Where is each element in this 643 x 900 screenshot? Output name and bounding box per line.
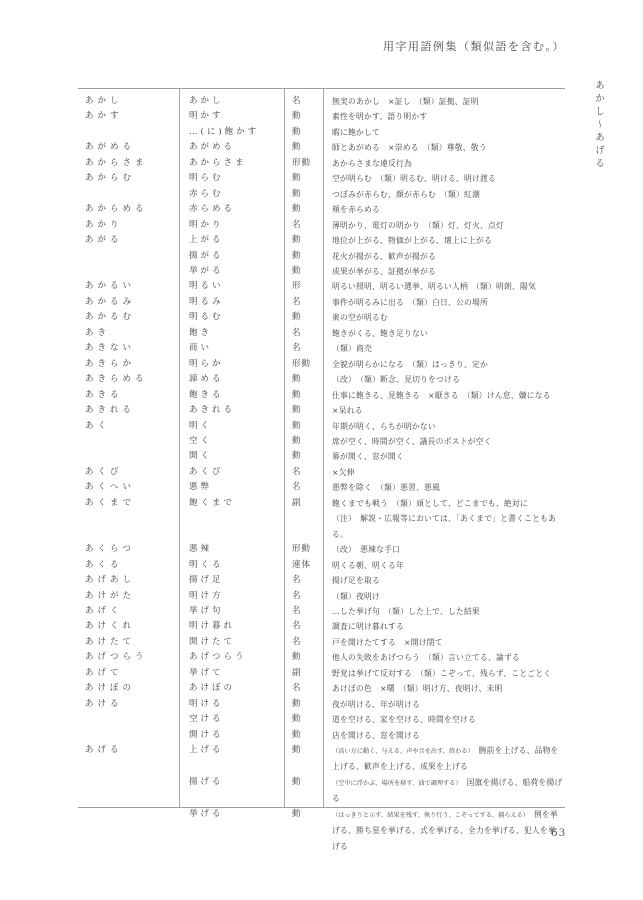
- notes-cell: 明るい照明、明るい選挙、明るい人柄 （類）明朗、陽気: [323, 279, 565, 294]
- notes-cell: 揚げ足を取る: [323, 573, 565, 588]
- note-line: 無実のあかし ×証し （類）証拠、証明: [332, 94, 563, 109]
- table-row: 空く動席が空く、時間が空く、議長のポストが空く: [78, 434, 565, 449]
- side-index-label: あかし〜あげる: [591, 80, 605, 171]
- note-line: ×呆れる: [332, 403, 563, 418]
- notes-cell: 素性を明かす、語り明かす: [323, 109, 565, 124]
- pos-cell: 形動: [284, 156, 323, 171]
- pos-cell: 名: [284, 573, 323, 588]
- pos-cell: 動: [284, 419, 323, 434]
- table-row: あきる飽きる動仕事に飽きる、見飽きる ×厭きる （類）けん怠、嫌になる: [78, 388, 565, 403]
- note-line: 飽くまでも戦う （類）頑として、どこまでも、絶対に: [332, 496, 563, 511]
- reading-cell: あかす: [78, 109, 179, 124]
- kanji-cell: 挙げる: [179, 807, 284, 854]
- table-row: あげつらうあげつらう動他人の失敗をあげつらう （類）言い立てる、論ずる: [78, 650, 565, 665]
- table-row: あかるい明るい形明るい照明、明るい選挙、明るい人柄 （類）明朗、陽気: [78, 279, 565, 294]
- note-line: 成果が挙がる、証拠が挙がる: [332, 264, 563, 279]
- pos-cell: 名: [284, 295, 323, 310]
- pos-cell: 名: [284, 681, 323, 696]
- note-line: 席が空く、時間が空く、議長のポストが空く: [332, 434, 563, 449]
- kanji-cell: 揚げ足: [179, 573, 284, 588]
- pos-cell: 動: [284, 109, 323, 124]
- table-row: 挙げる動（はっきりと示す、結果を残す、執り行う、こぞってする、捕らえる） 例を挙…: [78, 807, 565, 854]
- note-line: 明くる朝、明くる年: [332, 558, 563, 573]
- pos-cell: 形動: [284, 357, 323, 372]
- notes-cell: 空が明らむ （類）明るむ、明ける、明け渡る: [323, 171, 565, 186]
- notes-cell: 道を空ける、家を空ける、時間を空ける: [323, 712, 565, 727]
- reading-cell: [78, 264, 179, 279]
- page-title: 用字用語例集（類似語を含む。）: [383, 38, 565, 54]
- notes-cell: 明くる朝、明くる年: [323, 558, 565, 573]
- reading-cell: あかり: [78, 218, 179, 233]
- notes-cell: 席が空く、時間が空く、議長のポストが空く: [323, 434, 565, 449]
- reading-cell: あくへい: [78, 480, 179, 495]
- pos-cell: 名: [284, 635, 323, 650]
- pos-cell: 副: [284, 666, 323, 681]
- note-line: （類）夜明け: [332, 589, 563, 604]
- reading-cell: あかるむ: [78, 310, 179, 325]
- reading-cell: あかし: [78, 94, 179, 109]
- notes-cell: 花火が揚がる、歓声が揚がる: [323, 249, 565, 264]
- reading-cell: [78, 728, 179, 743]
- kanji-cell: 明け暮れ: [179, 619, 284, 634]
- note-line: 店を開ける、窓を開ける: [332, 728, 563, 743]
- kanji-cell: あかし: [179, 94, 284, 109]
- kanji-cell: 赤らめる: [179, 202, 284, 217]
- reading-cell: あげつらう: [78, 650, 179, 665]
- kanji-cell: 明かす: [179, 109, 284, 124]
- note-line: 空が明らむ （類）明るむ、明ける、明け渡る: [332, 171, 563, 186]
- note-line: （改） （類）断念、見切りをつける: [332, 372, 563, 387]
- column-divider: [179, 89, 180, 807]
- notes-cell: 他人の失敗をあげつらう （類）言い立てる、論ずる: [323, 650, 565, 665]
- note-line: 戸を開けたてする ×開け閉て: [332, 635, 563, 650]
- reading-cell: あきない: [78, 341, 179, 356]
- notes-cell: 飽きがくる、飽き足りない: [323, 326, 565, 341]
- pos-cell: 動: [284, 697, 323, 712]
- note-definition: （はっきりと示す、結果を残す、執り行う、こぞってする、捕らえる）: [332, 812, 526, 819]
- pos-cell: 動: [284, 743, 323, 775]
- table-row: あげる上げる動（高い方に動く、与える、声や音を出す、終わる） 腕前を上げる、品物…: [78, 743, 565, 775]
- column-divider: [284, 89, 285, 807]
- kanji-cell: 明く: [179, 419, 284, 434]
- note-line: （はっきりと示す、結果を残す、執り行う、こぞってする、捕らえる） 例を挙げる、勝…: [332, 807, 563, 854]
- kanji-cell: 開けたて: [179, 635, 284, 650]
- pos-cell: 動: [284, 712, 323, 727]
- kanji-cell: 明るむ: [179, 310, 284, 325]
- reading-cell: あきる: [78, 388, 179, 403]
- pos-cell: 動: [284, 388, 323, 403]
- reading-cell: [78, 249, 179, 264]
- notes-cell: 全貌が明らかになる （類）はっきり、定か: [323, 357, 565, 372]
- note-line: あからさまな違反行為: [332, 156, 563, 171]
- kanji-cell: あげつらう: [179, 650, 284, 665]
- kanji-cell: あくび: [179, 465, 284, 480]
- note-line: あけぼの色 ×曙 （類）明け方、夜明け、未明: [332, 681, 563, 696]
- table-row: あからめる赤らめる動頬を赤らめる: [78, 202, 565, 217]
- table-row: あがめるあがめる動師とあがめる ×崇める （類）尊敬、敬う: [78, 140, 565, 155]
- kanji-cell: 商い: [179, 341, 284, 356]
- note-line: （高い方に動く、与える、声や音を出す、終わる） 腕前を上げる、品物を上げる、歓声…: [332, 743, 563, 775]
- table-row: あかるみ明るみ名事件が明るみに出る （類）白日、公の場所: [78, 295, 565, 310]
- kanji-cell: 挙げて: [179, 666, 284, 681]
- table-rows: あかしあかし名無実のあかし ×証し （類）証拠、証明あかす明かす動素性を明かす、…: [78, 94, 565, 854]
- pos-cell: 動: [284, 372, 323, 387]
- kanji-cell: 飽きる: [179, 388, 284, 403]
- note-line: 明るい照明、明るい選挙、明るい人柄 （類）明朗、陽気: [332, 279, 563, 294]
- pos-cell: 動: [284, 140, 323, 155]
- reading-cell: あきらめる: [78, 372, 179, 387]
- note-line: 師とあがめる ×崇める （類）尊敬、敬う: [332, 140, 563, 155]
- notes-cell: 悪弊を除く （類）悪習、悪風: [323, 480, 565, 495]
- note-line: 東の空が明るむ: [332, 310, 563, 325]
- table-row: あける明ける動夜が明ける、年が明ける: [78, 697, 565, 712]
- reading-cell: あけがた: [78, 589, 179, 604]
- kanji-cell: 開ける: [179, 728, 284, 743]
- notes-cell: （類）商売: [323, 341, 565, 356]
- kanji-cell: 諦める: [179, 372, 284, 387]
- pos-cell: 形: [284, 279, 323, 294]
- reading-cell: あかるい: [78, 279, 179, 294]
- table-row: あくびあくび名×欠伸: [78, 465, 565, 480]
- table-row: あけくれ明け暮れ名調査に明け暮れする: [78, 619, 565, 634]
- table-row: …(に)飽かす動暇に飽かして: [78, 125, 565, 140]
- notes-cell: （改） 悪辣な手口: [323, 542, 565, 557]
- pos-cell: 名: [284, 94, 323, 109]
- column-divider: [323, 89, 324, 807]
- reading-cell: あげて: [78, 666, 179, 681]
- table-row: 赤らむ動つぼみが赤らむ、顔が赤らむ （類）紅潮: [78, 187, 565, 202]
- reading-cell: [78, 449, 179, 464]
- table-row: 開く動幕が開く、窓が開く: [78, 449, 565, 464]
- kanji-cell: 悪弊: [179, 480, 284, 495]
- table-row: あからさまあからさま形動あからさまな違反行為: [78, 156, 565, 171]
- table-row: あげて挙げて副野党は挙げて反対する （類）こぞって、残らず、ことごとく: [78, 666, 565, 681]
- pos-cell: 動: [284, 202, 323, 217]
- pos-cell: 名: [284, 341, 323, 356]
- kanji-cell: 明るみ: [179, 295, 284, 310]
- document-page: 用字用語例集（類似語を含む。） あかし〜あげる あかしあかし名無実のあかし ×証…: [0, 0, 643, 900]
- notes-cell: 調査に明け暮れする: [323, 619, 565, 634]
- note-line: 年期が明く、らちが明かない: [332, 419, 563, 434]
- kanji-cell: 悪辣: [179, 542, 284, 557]
- reading-cell: あく: [78, 419, 179, 434]
- note-line: 悪弊を除く （類）悪習、悪風: [332, 480, 563, 495]
- kanji-cell: 開く: [179, 449, 284, 464]
- kanji-cell: 明かり: [179, 218, 284, 233]
- note-line: 飽きがくる、飽き足りない: [332, 326, 563, 341]
- kanji-cell: 明ける: [179, 697, 284, 712]
- pos-cell: 動: [284, 249, 323, 264]
- notes-cell: 飽くまでも戦う （類）頑として、どこまでも、絶対に（注） 解説・広報等においては…: [323, 496, 565, 542]
- pos-cell: 動: [284, 125, 323, 140]
- reading-cell: あくまで: [78, 496, 179, 542]
- pos-cell: 動: [284, 434, 323, 449]
- reading-cell: [78, 434, 179, 449]
- table-row: あきない商い名（類）商売: [78, 341, 565, 356]
- reading-cell: あかるみ: [78, 295, 179, 310]
- notes-cell: あからさまな違反行為: [323, 156, 565, 171]
- pos-cell: 動: [284, 310, 323, 325]
- notes-cell: 無実のあかし ×証し （類）証拠、証明: [323, 94, 565, 109]
- table-row: あけぼのあけぼの名あけぼの色 ×曙 （類）明け方、夜明け、未明: [78, 681, 565, 696]
- reading-cell: あげく: [78, 604, 179, 619]
- table-row: あけがた明け方名（類）夜明け: [78, 589, 565, 604]
- reading-cell: あげる: [78, 743, 179, 775]
- notes-cell: ×欠伸: [323, 465, 565, 480]
- kanji-cell: あからさま: [179, 156, 284, 171]
- note-line: 調査に明け暮れする: [332, 619, 563, 634]
- notes-cell: 頬を赤らめる: [323, 202, 565, 217]
- note-line: （注） 解説・広報等においては、「あくまで」と書くこともある。: [332, 511, 563, 542]
- table-row: あくへい悪弊名悪弊を除く （類）悪習、悪風: [78, 480, 565, 495]
- notes-cell: 師とあがめる ×崇める （類）尊敬、敬う: [323, 140, 565, 155]
- kanji-cell: 挙がる: [179, 264, 284, 279]
- note-line: 夜が明ける、年が明ける: [332, 697, 563, 712]
- note-line: …した挙げ句 （類）した上で、した結果: [332, 604, 563, 619]
- reading-cell: あける: [78, 697, 179, 712]
- notes-cell: （高い方に動く、与える、声や音を出す、終わる） 腕前を上げる、品物を上げる、歓声…: [323, 743, 565, 775]
- page-number: 63: [551, 827, 566, 839]
- table-row: あくらつ悪辣形動（改） 悪辣な手口: [78, 542, 565, 557]
- pos-cell: 動: [284, 233, 323, 248]
- note-line: 薄明かり、電灯の明かり （類）灯、灯火、点灯: [332, 218, 563, 233]
- note-line: 他人の失敗をあげつらう （類）言い立てる、論ずる: [332, 650, 563, 665]
- pos-cell: 名: [284, 465, 323, 480]
- reading-cell: あきれる: [78, 403, 179, 418]
- notes-cell: 野党は挙げて反対する （類）こぞって、残らず、ことごとく: [323, 666, 565, 681]
- kanji-cell: 空ける: [179, 712, 284, 727]
- pos-cell: 形動: [284, 542, 323, 557]
- notes-cell: …した挙げ句 （類）した上で、した結果: [323, 604, 565, 619]
- table-row: 揚げる動（空中に浮かぶ、場所を移す、油で調理する） 国旗を揚げる、船荷を揚げる: [78, 775, 565, 807]
- note-line: 仕事に飽きる、見飽きる ×厭きる （類）けん怠、嫌になる: [332, 388, 563, 403]
- kanji-cell: …(に)飽かす: [179, 125, 284, 140]
- reading-cell: あからめる: [78, 202, 179, 217]
- reading-cell: あがめる: [78, 140, 179, 155]
- note-line: つぼみが赤らむ、顔が赤らむ （類）紅潮: [332, 187, 563, 202]
- table-row: あかしあかし名無実のあかし ×証し （類）証拠、証明: [78, 94, 565, 109]
- notes-cell: 幕が開く、窓が開く: [323, 449, 565, 464]
- table-row: あきらめる諦める動（改） （類）断念、見切りをつける: [78, 372, 565, 387]
- pos-cell: 名: [284, 619, 323, 634]
- table-row: あかるむ明るむ動東の空が明るむ: [78, 310, 565, 325]
- table-row: あげく挙げ句名…した挙げ句 （類）した上で、した結果: [78, 604, 565, 619]
- table-row: あげあし揚げ足名揚げ足を取る: [78, 573, 565, 588]
- reading-cell: あけくれ: [78, 619, 179, 634]
- notes-cell: ×呆れる: [323, 403, 565, 418]
- table-row: 揚がる動花火が揚がる、歓声が揚がる: [78, 249, 565, 264]
- pos-cell: 動: [284, 775, 323, 807]
- pos-cell: 動: [284, 728, 323, 743]
- pos-cell: 動: [284, 187, 323, 202]
- table-row: あきれるあきれる動×呆れる: [78, 403, 565, 418]
- notes-cell: あけぼの色 ×曙 （類）明け方、夜明け、未明: [323, 681, 565, 696]
- reading-cell: あげあし: [78, 573, 179, 588]
- reading-cell: あくらつ: [78, 542, 179, 557]
- notes-cell: 暇に飽かして: [323, 125, 565, 140]
- notes-cell: 地位が上がる、物価が上がる、壇上に上がる: [323, 233, 565, 248]
- note-definition: （空中に浮かぶ、場所を移す、油で調理する）: [332, 780, 458, 787]
- pos-cell: 連体: [284, 558, 323, 573]
- pos-cell: 動: [284, 171, 323, 186]
- notes-cell: 店を開ける、窓を開ける: [323, 728, 565, 743]
- reading-cell: あからさま: [78, 156, 179, 171]
- notes-cell: 仕事に飽きる、見飽きる ×厭きる （類）けん怠、嫌になる: [323, 388, 565, 403]
- reading-cell: あけたて: [78, 635, 179, 650]
- notes-cell: 年期が明く、らちが明かない: [323, 419, 565, 434]
- notes-cell: 薄明かり、電灯の明かり （類）灯、灯火、点灯: [323, 218, 565, 233]
- notes-cell: 戸を開けたてする ×開け閉て: [323, 635, 565, 650]
- notes-cell: （はっきりと示す、結果を残す、執り行う、こぞってする、捕らえる） 例を挙げる、勝…: [323, 807, 565, 854]
- table-row: あかす明かす動素性を明かす、語り明かす: [78, 109, 565, 124]
- reading-cell: あがる: [78, 233, 179, 248]
- note-line: 野党は挙げて反対する （類）こぞって、残らず、ことごとく: [332, 666, 563, 681]
- reading-cell: [78, 712, 179, 727]
- notes-cell: （空中に浮かぶ、場所を移す、油で調理する） 国旗を揚げる、船荷を揚げる: [323, 775, 565, 807]
- kanji-cell: 赤らむ: [179, 187, 284, 202]
- note-line: 全貌が明らかになる （類）はっきり、定か: [332, 357, 563, 372]
- kanji-cell: あけぼの: [179, 681, 284, 696]
- pos-cell: 名: [284, 604, 323, 619]
- notes-cell: 事件が明るみに出る （類）白日、公の場所: [323, 295, 565, 310]
- table-row: 空ける動道を空ける、家を空ける、時間を空ける: [78, 712, 565, 727]
- kanji-cell: 揚がる: [179, 249, 284, 264]
- note-line: 暇に飽かして: [332, 125, 563, 140]
- table-row: 挙がる動成果が挙がる、証拠が挙がる: [78, 264, 565, 279]
- note-line: （改） 悪辣な手口: [332, 542, 563, 557]
- kanji-cell: 明くる: [179, 558, 284, 573]
- kanji-cell: 明らか: [179, 357, 284, 372]
- reading-cell: あき: [78, 326, 179, 341]
- note-line: 地位が上がる、物価が上がる、壇上に上がる: [332, 233, 563, 248]
- table-row: あくまで飽くまで副飽くまでも戦う （類）頑として、どこまでも、絶対に（注） 解説…: [78, 496, 565, 542]
- pos-cell: 名: [284, 326, 323, 341]
- reading-cell: あからむ: [78, 171, 179, 186]
- table-row: あからむ明らむ動空が明らむ （類）明るむ、明ける、明け渡る: [78, 171, 565, 186]
- kanji-cell: 上げる: [179, 743, 284, 775]
- pos-cell: 副: [284, 496, 323, 542]
- table-row: あき飽き名飽きがくる、飽き足りない: [78, 326, 565, 341]
- pos-cell: 名: [284, 218, 323, 233]
- pos-cell: 動: [284, 807, 323, 854]
- notes-cell: （改） （類）断念、見切りをつける: [323, 372, 565, 387]
- reading-cell: [78, 775, 179, 807]
- reading-cell: [78, 807, 179, 854]
- notes-cell: 成果が挙がる、証拠が挙がる: [323, 264, 565, 279]
- reading-cell: [78, 187, 179, 202]
- note-line: 道を空ける、家を空ける、時間を空ける: [332, 712, 563, 727]
- reading-cell: あくる: [78, 558, 179, 573]
- kanji-cell: 空く: [179, 434, 284, 449]
- notes-cell: 東の空が明るむ: [323, 310, 565, 325]
- pos-cell: 名: [284, 589, 323, 604]
- note-line: 揚げ足を取る: [332, 573, 563, 588]
- pos-cell: 動: [284, 264, 323, 279]
- pos-cell: 動: [284, 449, 323, 464]
- reading-cell: あけぼの: [78, 681, 179, 696]
- note-line: 花火が揚がる、歓声が揚がる: [332, 249, 563, 264]
- kanji-cell: あきれる: [179, 403, 284, 418]
- reading-cell: [78, 125, 179, 140]
- reading-cell: あくび: [78, 465, 179, 480]
- kanji-cell: あがめる: [179, 140, 284, 155]
- kanji-cell: 明らむ: [179, 171, 284, 186]
- pos-cell: 名: [284, 480, 323, 495]
- reading-cell: あきらか: [78, 357, 179, 372]
- note-line: （類）商売: [332, 341, 563, 356]
- note-line: 頬を赤らめる: [332, 202, 563, 217]
- pos-cell: 動: [284, 650, 323, 665]
- table-row: あきらか明らか形動全貌が明らかになる （類）はっきり、定か: [78, 357, 565, 372]
- kanji-cell: 上がる: [179, 233, 284, 248]
- table-row: あけたて開けたて名戸を開けたてする ×開け閉て: [78, 635, 565, 650]
- note-line: 事件が明るみに出る （類）白日、公の場所: [332, 295, 563, 310]
- kanji-cell: 明るい: [179, 279, 284, 294]
- note-line: ×欠伸: [332, 465, 563, 480]
- kanji-cell: 揚げる: [179, 775, 284, 807]
- pos-cell: 動: [284, 403, 323, 418]
- notes-cell: つぼみが赤らむ、顔が赤らむ （類）紅潮: [323, 187, 565, 202]
- notes-cell: （類）夜明け: [323, 589, 565, 604]
- kanji-cell: 明け方: [179, 589, 284, 604]
- note-line: 幕が開く、窓が開く: [332, 449, 563, 464]
- kanji-cell: 挙げ句: [179, 604, 284, 619]
- table-row: あがる上がる動地位が上がる、物価が上がる、壇上に上がる: [78, 233, 565, 248]
- table-row: あく明く動年期が明く、らちが明かない: [78, 419, 565, 434]
- note-line: 素性を明かす、語り明かす: [332, 109, 563, 124]
- note-line: （空中に浮かぶ、場所を移す、油で調理する） 国旗を揚げる、船荷を揚げる: [332, 775, 563, 807]
- kanji-cell: 飽くまで: [179, 496, 284, 542]
- vocab-table: あかしあかし名無実のあかし ×証し （類）証拠、証明あかす明かす動素性を明かす、…: [78, 88, 565, 808]
- table-row: あくる明くる連体明くる朝、明くる年: [78, 558, 565, 573]
- table-row: あかり明かり名薄明かり、電灯の明かり （類）灯、灯火、点灯: [78, 218, 565, 233]
- kanji-cell: 飽き: [179, 326, 284, 341]
- notes-cell: 夜が明ける、年が明ける: [323, 697, 565, 712]
- table-row: 開ける動店を開ける、窓を開ける: [78, 728, 565, 743]
- note-definition: （高い方に動く、与える、声や音を出す、終わる）: [332, 748, 471, 755]
